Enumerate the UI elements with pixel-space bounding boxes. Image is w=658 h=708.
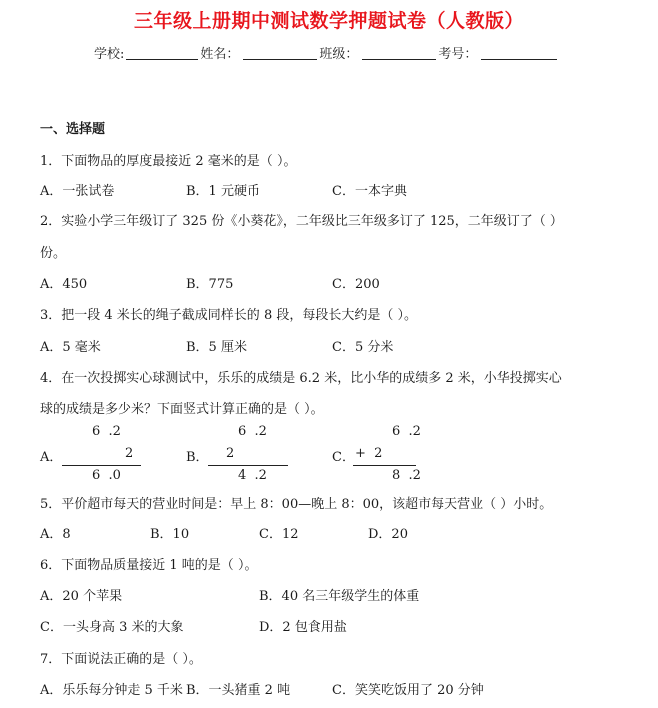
question-5-stem: 5．平价超市每天的营业时间是：早上 8：00—晚上 8：00，该超市每天营业（ … <box>40 493 552 512</box>
question-6-option-d[interactable]: D．2 包食用盐 <box>259 616 347 635</box>
question-4-option-c[interactable]: C． 6 .2 + 2 8 .2 <box>332 424 442 484</box>
question-2-stem: 2．实验小学三年级订了 325 份《小葵花》，二年级比三年级多订了 125，二年… <box>40 210 563 229</box>
question-3-stem: 3．把一段 4 米长的绳子截成同样长的 8 段，每段长大约是（ ）。 <box>40 304 417 323</box>
question-6-option-a[interactable]: A．20 个苹果 <box>40 585 122 604</box>
question-3-option-b[interactable]: B．5 厘米 <box>186 336 247 355</box>
option-label: C． <box>332 446 355 465</box>
student-info-line: 学校:姓名：班级：考号： <box>94 43 559 62</box>
question-1-stem: 1．下面物品的厚度最接近 2 毫米的是（ ）。 <box>40 150 296 169</box>
question-2-option-b[interactable]: B．775 <box>186 273 233 292</box>
calc-divider <box>208 465 288 466</box>
class-field[interactable] <box>362 46 436 60</box>
calc-bottom: 4 .2 <box>238 468 267 483</box>
section-heading: 一、选择题 <box>40 118 105 137</box>
exam-title: 三年级上册期中测试数学押题试卷（人教版） <box>0 6 658 33</box>
calc-bottom: 6 .0 <box>92 468 121 483</box>
question-1-option-a[interactable]: A．一张试卷 <box>40 180 114 199</box>
question-2-option-c[interactable]: C．200 <box>332 273 380 292</box>
question-7-option-b[interactable]: B．一头猪重 2 吨 <box>186 679 290 698</box>
question-4-stem-continued: 球的成绩是多少米？下面竖式计算正确的是（ ）。 <box>40 398 324 417</box>
question-7-option-c[interactable]: C．笑笑吃饭用了 20 分钟 <box>332 679 484 698</box>
calc-middle: + 2 <box>355 446 382 461</box>
name-label: 姓名： <box>200 47 239 62</box>
question-5-option-a[interactable]: A．8 <box>40 523 71 542</box>
question-4-option-b[interactable]: B． 6 .2 2 4 .2 <box>186 424 296 484</box>
question-5-option-c[interactable]: C．12 <box>259 523 299 542</box>
calc-divider <box>353 465 416 466</box>
question-4-stem: 4．在一次投掷实心球测试中，乐乐的成绩是 6.2 米，比小华的成绩多 2 米，小… <box>40 367 562 386</box>
question-5-option-b[interactable]: B．10 <box>150 523 189 542</box>
question-6-option-c[interactable]: C．一头身高 3 米的大象 <box>40 616 183 635</box>
question-1-option-c[interactable]: C．一本字典 <box>332 180 407 199</box>
calc-top: 6 .2 <box>92 424 121 439</box>
exam-number-field[interactable] <box>481 46 557 60</box>
class-label: 班级： <box>319 47 358 62</box>
school-label: 学校: <box>94 47 124 62</box>
question-6-option-b[interactable]: B．40 名三年级学生的体重 <box>259 585 419 604</box>
question-2-option-a[interactable]: A．450 <box>40 273 87 292</box>
question-7-option-a[interactable]: A．乐乐每分钟走 5 千米 <box>40 679 183 698</box>
option-label: B． <box>186 446 209 465</box>
question-6-stem: 6．下面物品质量接近 1 吨的是（ ）。 <box>40 554 257 573</box>
question-3-option-a[interactable]: A．5 毫米 <box>40 336 101 355</box>
calc-top: 6 .2 <box>392 424 421 439</box>
calc-top: 6 .2 <box>238 424 267 439</box>
calc-middle: 2 <box>226 446 234 461</box>
option-label: A． <box>40 446 62 465</box>
calc-middle: 2 <box>125 446 133 461</box>
question-7-stem: 7．下面说法正确的是（ ）。 <box>40 648 202 667</box>
question-4-option-a[interactable]: A． 6 .2 2 6 .0 <box>40 424 150 484</box>
name-field[interactable] <box>243 46 317 60</box>
exam-number-label: 考号： <box>438 47 477 62</box>
question-1-option-b[interactable]: B．1 元硬币 <box>186 180 260 199</box>
school-field[interactable] <box>126 46 198 60</box>
calc-divider <box>62 465 141 466</box>
question-5-option-d[interactable]: D．20 <box>368 523 408 542</box>
question-3-option-c[interactable]: C．5 分米 <box>332 336 393 355</box>
calc-bottom: 8 .2 <box>392 468 421 483</box>
question-2-stem-continued: 份。 <box>40 242 66 261</box>
